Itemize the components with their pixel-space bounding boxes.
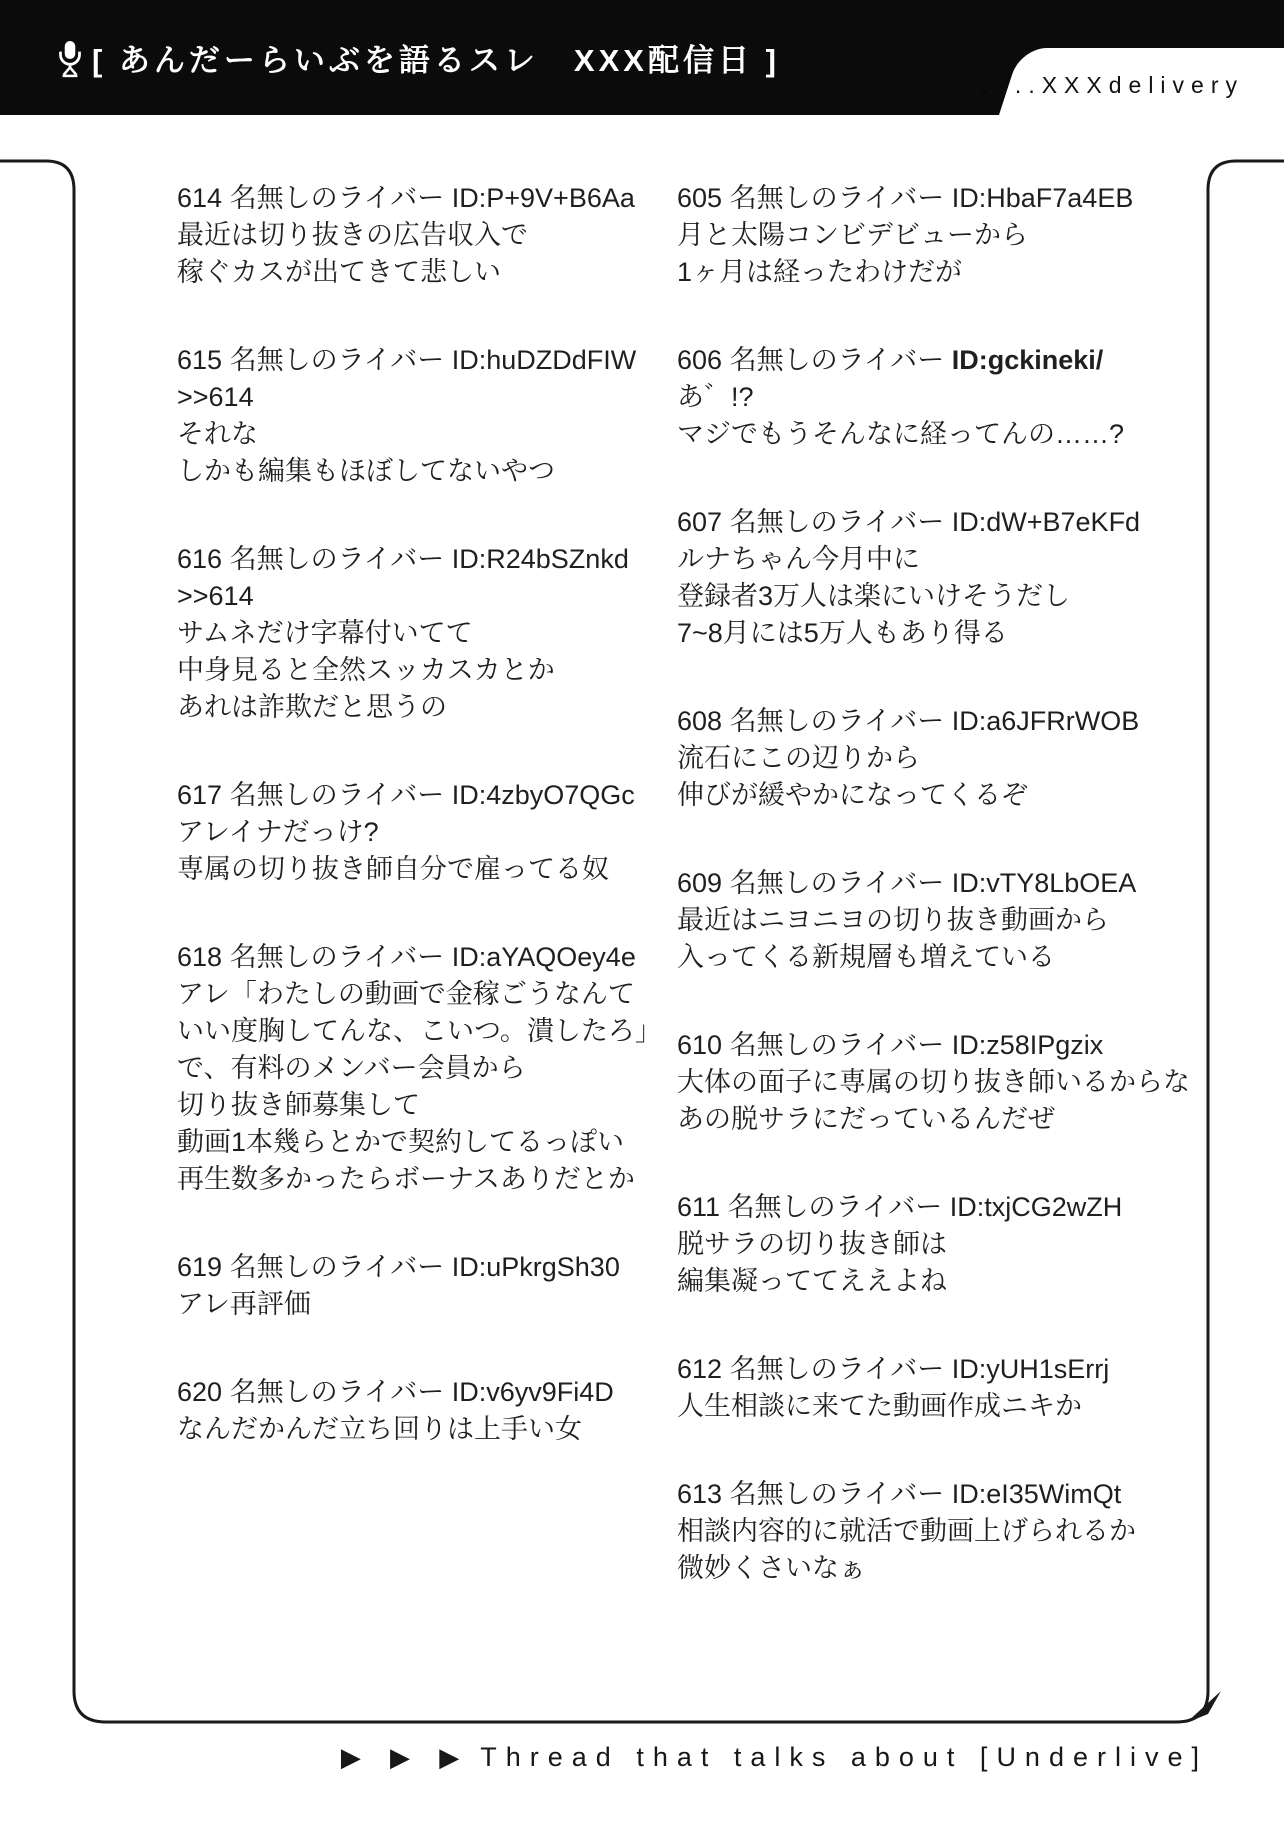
post: 607 名無しのライバー ID:dW+B7eKFdルナちゃん今月中に登録者3万人…: [677, 504, 1197, 652]
post-line: それな: [177, 416, 647, 453]
post-header: 605 名無しのライバー ID:HbaF7a4EB: [677, 180, 1197, 217]
post-header: 612 名無しのライバー ID:yUH1sErrj: [677, 1351, 1197, 1388]
post-line: 再生数多かったらボーナスありだとか: [177, 1161, 647, 1198]
post-line: 入ってくる新規層も増えている: [677, 939, 1197, 976]
post-line: しかも編集もほぼしてないやつ: [177, 453, 647, 490]
post-id: ID:txjCG2wZH: [950, 1192, 1123, 1222]
post-number: 611: [677, 1192, 720, 1222]
post-number: 616: [177, 544, 222, 574]
post-line: 登録者3万人は楽にいけそうだし: [677, 578, 1197, 615]
post-line: 人生相談に来てた動画作成ニキか: [677, 1388, 1197, 1425]
post-id: ID:vTY8LbOEA: [952, 868, 1137, 898]
post-id: ID:4zbyO7QGc: [452, 780, 635, 810]
post-number: 612: [677, 1354, 722, 1384]
post-author-name: 名無しのライバー: [730, 1030, 945, 1060]
post-line: 最近は切り抜きの広告収入で: [177, 217, 647, 254]
post-line: 伸びが緩やかになってくるぞ: [677, 777, 1197, 814]
post: 606 名無しのライバー ID:gckineki/あ゛!?マジでもうそんなに経っ…: [677, 342, 1197, 453]
post-author-name: 名無しのライバー: [230, 1377, 445, 1407]
thread-column-right: 605 名無しのライバー ID:HbaF7a4EB月と太陽コンビデビューから1ヶ…: [677, 180, 1197, 1638]
post-line: いい度胸してんな、こいつ。潰したろ」: [177, 1013, 647, 1050]
post-header: 617 名無しのライバー ID:4zbyO7QGc: [177, 777, 647, 814]
post-line: 編集凝っててええよね: [677, 1263, 1197, 1300]
footer-label: Thread that talks about [Underlive]: [480, 1742, 1208, 1772]
post-line: 切り抜き師募集して: [177, 1087, 647, 1124]
post-header: 620 名無しのライバー ID:v6yv9Fi4D: [177, 1374, 647, 1411]
post-line: アレ「わたしの動画で金稼ごうなんて: [177, 976, 647, 1013]
post-id: ID:P+9V+B6Aa: [452, 183, 635, 213]
thread-title: [ あんだーらいぶを語るスレ XXX配信日 ]: [92, 44, 780, 78]
post-id: ID:R24bSZnkd: [452, 544, 629, 574]
post: 619 名無しのライバー ID:uPkrgSh30アレ再評価: [177, 1249, 647, 1323]
footer: ▶ ▶ ▶Thread that talks about [Underlive]: [341, 1742, 1208, 1773]
post-line: 脱サラの切り抜き師は: [677, 1226, 1197, 1263]
post-line: アレ再評価: [177, 1286, 647, 1323]
post-line: アレイナだっけ?: [177, 814, 647, 851]
post: 610 名無しのライバー ID:z58IPgzix大体の面子に専属の切り抜き師い…: [677, 1027, 1197, 1138]
post-line: 稼ぐカスが出てきて悲しい: [177, 254, 647, 291]
post-line: 微妙くさいなぁ: [677, 1550, 1197, 1587]
post-id: ID:yUH1sErrj: [952, 1354, 1110, 1384]
post-line: 動画1本幾らとかで契約してるっぽい: [177, 1124, 647, 1161]
post-id: ID:dW+B7eKFd: [952, 507, 1140, 537]
post-line: ルナちゃん今月中に: [677, 541, 1197, 578]
post-line: 専属の切り抜き師自分で雇ってる奴: [177, 851, 647, 888]
thread-column-left: 614 名無しのライバー ID:P+9V+B6Aa最近は切り抜きの広告収入で稼ぐ…: [177, 180, 647, 1499]
post-number: 620: [177, 1377, 222, 1407]
post: 613 名無しのライバー ID:eI35WimQt相談内容的に就活で動画上げられ…: [677, 1476, 1197, 1587]
post-header: 613 名無しのライバー ID:eI35WimQt: [677, 1476, 1197, 1513]
post: 611 名無しのライバー ID:txjCG2wZH脱サラの切り抜き師は編集凝って…: [677, 1189, 1197, 1300]
post-author-name: 名無しのライバー: [230, 942, 445, 972]
post-id: ID:huDZDdFIW: [452, 345, 637, 375]
delivery-label: .....XXXdelivery: [975, 72, 1244, 99]
post-author-name: 名無しのライバー: [230, 780, 445, 810]
post-number: 613: [677, 1479, 722, 1509]
post-header: 618 名無しのライバー ID:aYAQOey4e: [177, 939, 647, 976]
post-number: 610: [677, 1030, 722, 1060]
post-id: ID:a6JFRrWOB: [952, 706, 1140, 736]
post-line: なんだかんだ立ち回りは上手い女: [177, 1411, 647, 1448]
post-id: ID:aYAQOey4e: [452, 942, 636, 972]
post: 609 名無しのライバー ID:vTY8LbOEA最近はニヨニヨの切り抜き動画か…: [677, 865, 1197, 976]
post-number: 615: [177, 345, 222, 375]
post-author-name: 名無しのライバー: [230, 345, 445, 375]
post-line: マジでもうそんなに経ってんの……?: [677, 416, 1197, 453]
microphone-icon: [56, 40, 84, 83]
post-author-name: 名無しのライバー: [230, 1252, 445, 1282]
post-author-name: 名無しのライバー: [728, 1192, 943, 1222]
post: 617 名無しのライバー ID:4zbyO7QGcアレイナだっけ?専属の切り抜き…: [177, 777, 647, 888]
post-author-name: 名無しのライバー: [730, 1479, 945, 1509]
post-id: ID:uPkrgSh30: [452, 1252, 620, 1282]
footer-arrows-icon: ▶ ▶ ▶: [341, 1742, 470, 1772]
post-header: 610 名無しのライバー ID:z58IPgzix: [677, 1027, 1197, 1064]
post-header: 608 名無しのライバー ID:a6JFRrWOB: [677, 703, 1197, 740]
post-header: 615 名無しのライバー ID:huDZDdFIW: [177, 342, 647, 379]
post: 620 名無しのライバー ID:v6yv9Fi4Dなんだかんだ立ち回りは上手い女: [177, 1374, 647, 1448]
post-header: 614 名無しのライバー ID:P+9V+B6Aa: [177, 180, 647, 217]
post-line: 相談内容的に就活で動画上げられるか: [677, 1513, 1197, 1550]
post-header: 611 名無しのライバー ID:txjCG2wZH: [677, 1189, 1197, 1226]
post-id: ID:HbaF7a4EB: [952, 183, 1134, 213]
post: 618 名無しのライバー ID:aYAQOey4eアレ「わたしの動画で金稼ごうな…: [177, 939, 647, 1198]
post-number: 617: [177, 780, 222, 810]
post-author-name: 名無しのライバー: [730, 868, 945, 898]
post-author-name: 名無しのライバー: [230, 544, 445, 574]
post-author-name: 名無しのライバー: [730, 183, 945, 213]
post-number: 609: [677, 868, 722, 898]
anchor-link[interactable]: >>614: [177, 379, 647, 416]
post: 616 名無しのライバー ID:R24bSZnkd>>614サムネだけ字幕付いて…: [177, 541, 647, 726]
post-number: 605: [677, 183, 722, 213]
post-id: ID:gckineki/: [952, 345, 1104, 375]
post-line: 最近はニヨニヨの切り抜き動画から: [677, 902, 1197, 939]
post-id: ID:v6yv9Fi4D: [452, 1377, 614, 1407]
post-line: 1ヶ月は経ったわけだが: [677, 254, 1197, 291]
post-number: 614: [177, 183, 222, 213]
post-line: サムネだけ字幕付いてて: [177, 615, 647, 652]
post-line: 月と太陽コンビデビューから: [677, 217, 1197, 254]
post-author-name: 名無しのライバー: [730, 706, 945, 736]
post-id: ID:z58IPgzix: [952, 1030, 1104, 1060]
post-number: 606: [677, 345, 722, 375]
post-author-name: 名無しのライバー: [730, 507, 945, 537]
post: 615 名無しのライバー ID:huDZDdFIW>>614それなしかも編集もほ…: [177, 342, 647, 490]
post: 614 名無しのライバー ID:P+9V+B6Aa最近は切り抜きの広告収入で稼ぐ…: [177, 180, 647, 291]
post-line: 流石にこの辺りから: [677, 740, 1197, 777]
post-line: あの脱サラにだっているんだぜ: [677, 1101, 1197, 1138]
post-header: 619 名無しのライバー ID:uPkrgSh30: [177, 1249, 647, 1286]
page: [ あんだーらいぶを語るスレ XXX配信日 ] .....XXXdelivery…: [0, 0, 1284, 1826]
post-line: あれは詐欺だと思うの: [177, 689, 647, 726]
post-number: 618: [177, 942, 222, 972]
post-number: 607: [677, 507, 722, 537]
post-number: 608: [677, 706, 722, 736]
post-header: 606 名無しのライバー ID:gckineki/: [677, 342, 1197, 379]
post-author-name: 名無しのライバー: [230, 183, 445, 213]
post-id: ID:eI35WimQt: [952, 1479, 1122, 1509]
post-line: 大体の面子に専属の切り抜き師いるからな: [677, 1064, 1197, 1101]
post-line: あ゛!?: [677, 379, 1197, 416]
post-header: 607 名無しのライバー ID:dW+B7eKFd: [677, 504, 1197, 541]
post: 608 名無しのライバー ID:a6JFRrWOB流石にこの辺りから伸びが緩やか…: [677, 703, 1197, 814]
post-line: 中身見ると全然スッカスカとか: [177, 652, 647, 689]
post-line: 7~8月には5万人もあり得る: [677, 615, 1197, 652]
post-header: 616 名無しのライバー ID:R24bSZnkd: [177, 541, 647, 578]
post-number: 619: [177, 1252, 222, 1282]
post-header: 609 名無しのライバー ID:vTY8LbOEA: [677, 865, 1197, 902]
post-author-name: 名無しのライバー: [730, 345, 945, 375]
post-line: で、有料のメンバー会員から: [177, 1050, 647, 1087]
post: 612 名無しのライバー ID:yUH1sErrj人生相談に来てた動画作成ニキか: [677, 1351, 1197, 1425]
anchor-link[interactable]: >>614: [177, 578, 647, 615]
post-author-name: 名無しのライバー: [730, 1354, 945, 1384]
post: 605 名無しのライバー ID:HbaF7a4EB月と太陽コンビデビューから1ヶ…: [677, 180, 1197, 291]
